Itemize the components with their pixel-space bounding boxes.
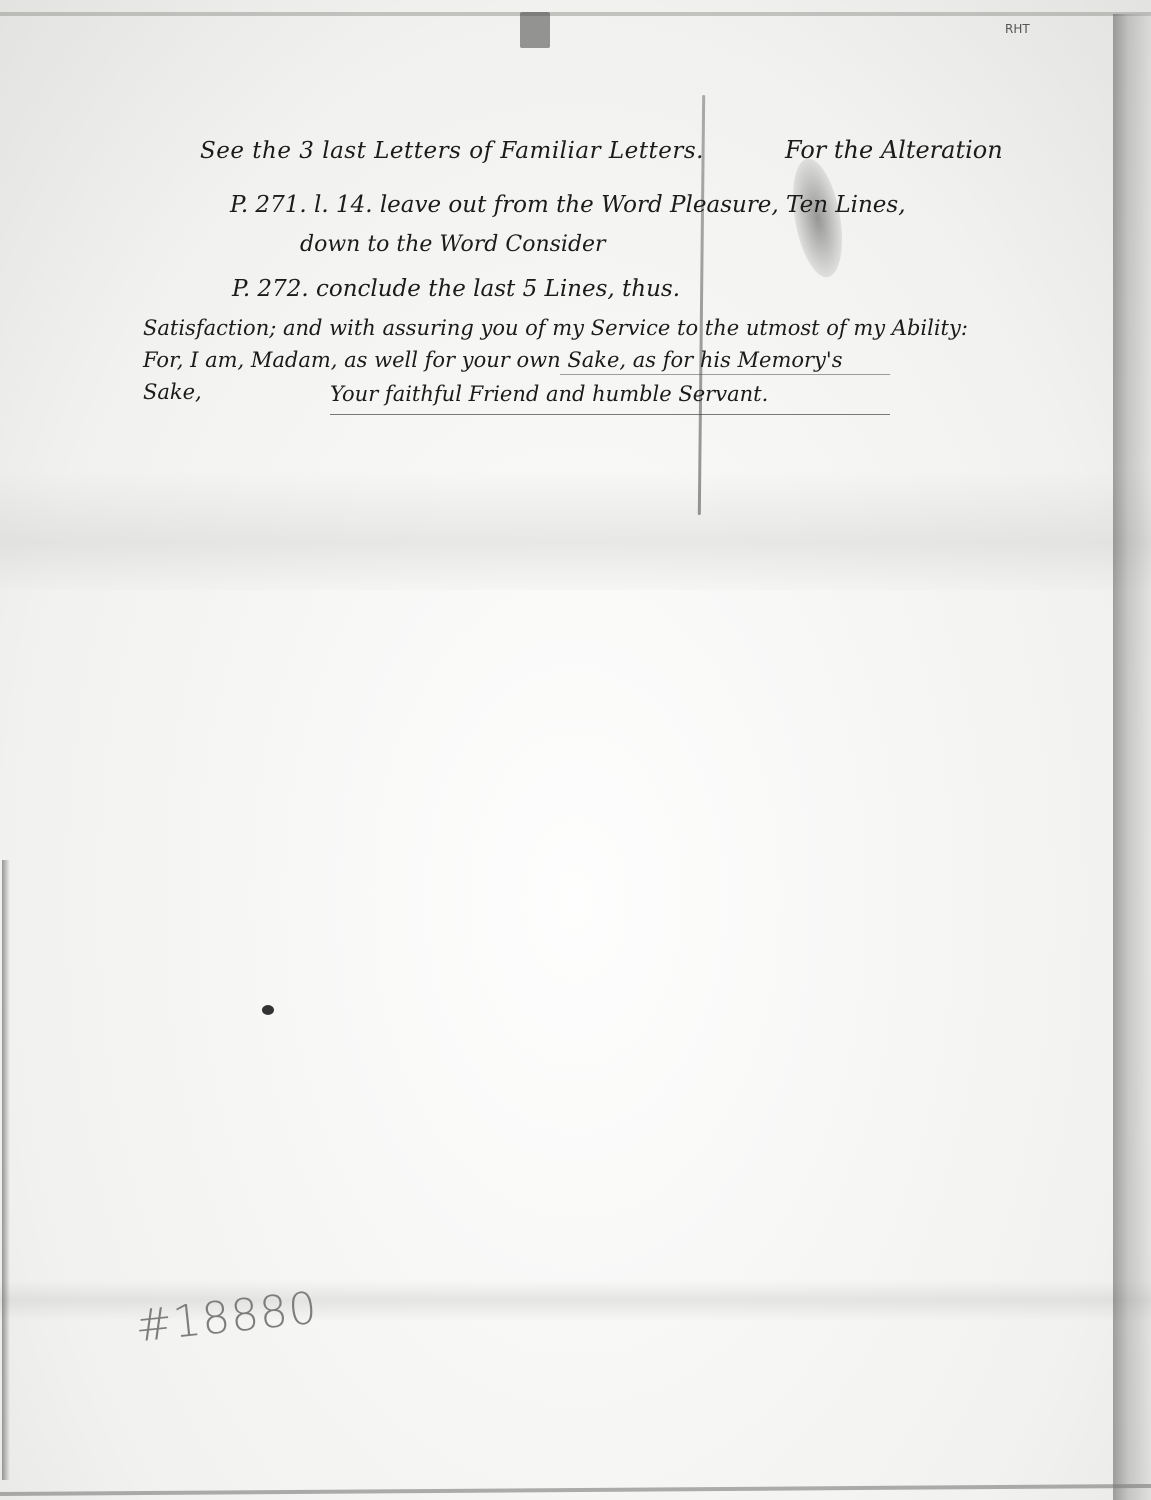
instruction-page-271-continued: down to the Word Consider (300, 232, 606, 257)
quoted-line-1: Satisfaction; and with assuring you of m… (143, 316, 968, 340)
instruction-page-272: P. 272. conclude the last 5 Lines, thus. (232, 276, 680, 302)
ink-blot (262, 1005, 274, 1015)
sake-underline (560, 372, 890, 375)
closing-signature-line: Your faithful Friend and humble Servant. (330, 382, 768, 406)
heading-alteration: For the Alteration (785, 136, 1003, 164)
signature-underline (330, 412, 890, 415)
paper-right-edge (1113, 14, 1151, 1500)
quoted-line-2: For, I am, Madam, as well for your own S… (143, 348, 842, 372)
manuscript-page: RHT See the 3 last Letters of Familiar L… (0, 0, 1151, 1500)
instruction-page-271: P. 271. l. 14. leave out from the Word P… (230, 192, 906, 218)
fold-crease-upper (0, 470, 1151, 590)
heading-line: See the 3 last Letters of Familiar Lette… (200, 138, 704, 164)
paper-top-edge (0, 12, 1151, 16)
ink-smudge (785, 155, 850, 281)
quoted-line-3-sake: Sake, (143, 380, 202, 404)
corner-initials: RHT (1005, 22, 1030, 36)
paper-left-edge (2, 860, 10, 1480)
binding-tab-mark (520, 12, 550, 48)
paper-bottom-edge (0, 1484, 1151, 1496)
